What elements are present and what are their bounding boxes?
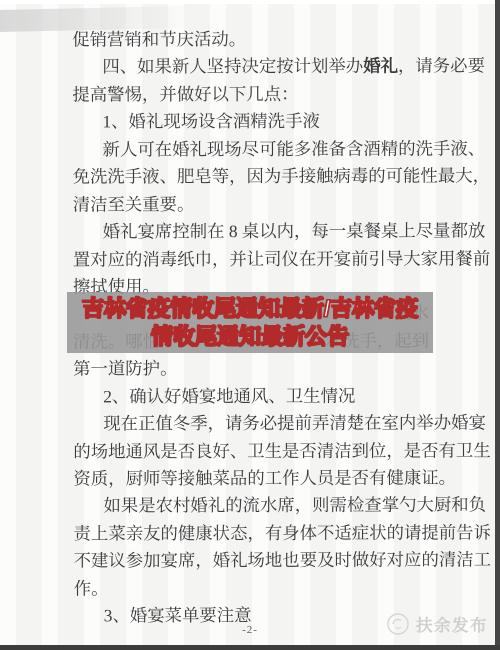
doc-line: 资质，厨师等接触菜品的工作人员是否有健康证。 bbox=[73, 464, 457, 492]
doc-subheading: 1、婚礼现场设含酒精洗手液 bbox=[72, 108, 456, 136]
doc-line: 作。 bbox=[74, 574, 458, 602]
publisher-logo-icon bbox=[386, 612, 410, 636]
publisher-watermark-text: 扶余发布 bbox=[416, 612, 488, 636]
doc-line: 责上菜亲友的健康状态，有身体不适症状的请提前告诉 bbox=[74, 519, 458, 547]
doc-line: 促销营销和节庆活动。 bbox=[72, 25, 456, 53]
doc-line: 提高警惕，并做好以下几点： bbox=[72, 80, 456, 108]
doc-line: 现在正值冬季，请务必提前弄清楚在室内举办婚宴 bbox=[73, 410, 457, 438]
doc-line: 免洗洗手液、肥皂等，因为手接触病毒的可能性最大， bbox=[73, 163, 457, 191]
doc-line: 第一道防护。 bbox=[73, 355, 457, 383]
doc-line-segment: 四、如果新人坚持决定按计划举办 bbox=[102, 56, 363, 77]
doc-line-segment: ，请务必要 bbox=[398, 56, 485, 76]
headline-title-line1: 吉林省疫情收尾通知最新/吉林省疫 bbox=[82, 295, 418, 323]
doc-line: 婚礼宴席控制在 8 桌以内，每一桌餐桌上尽量都放 bbox=[73, 218, 457, 246]
page-number: -2- bbox=[228, 624, 272, 636]
doc-line-bold-segment: 婚礼 bbox=[363, 56, 398, 76]
doc-line: 清洁至关重要。 bbox=[73, 190, 457, 218]
doc-line: 的场地通风是否良好、卫生是否清洁到位，是否有卫生 bbox=[73, 437, 457, 465]
publisher-watermark: 扶余发布 bbox=[386, 612, 488, 636]
headline-title-line2: 情收尾通知最新公告 bbox=[151, 323, 349, 351]
doc-line: 置对应的消毒纸巾，并让司仪在开宴前引导大家用餐前 bbox=[73, 245, 457, 273]
doc-line: 四、如果新人坚持决定按计划举办婚礼，请务必要 bbox=[72, 53, 456, 81]
top-white-strip bbox=[0, 0, 500, 4]
scanned-document-page: 促销营销和节庆活动。 四、如果新人坚持决定按计划举办婚礼，请务必要 提高警惕，并… bbox=[0, 0, 500, 650]
doc-line: 不建议参加宴席，婚礼场地也要及时做好对应的清洁工 bbox=[74, 547, 458, 575]
doc-line: 新人可在婚礼现场尽可能多准备含酒精的洗手液、 bbox=[72, 135, 456, 163]
photo-edge-bottom bbox=[0, 645, 500, 650]
headline-overlay-band: 吉林省疫情收尾通知最新/吉林省疫 情收尾通知最新公告 bbox=[67, 292, 433, 353]
doc-subheading: 2、确认好婚宴地通风、卫生情况 bbox=[73, 382, 457, 410]
photo-edge-right bbox=[495, 0, 500, 650]
doc-line: 如果是农村婚礼的流水席，则需检查掌勺大厨和负 bbox=[73, 492, 457, 520]
